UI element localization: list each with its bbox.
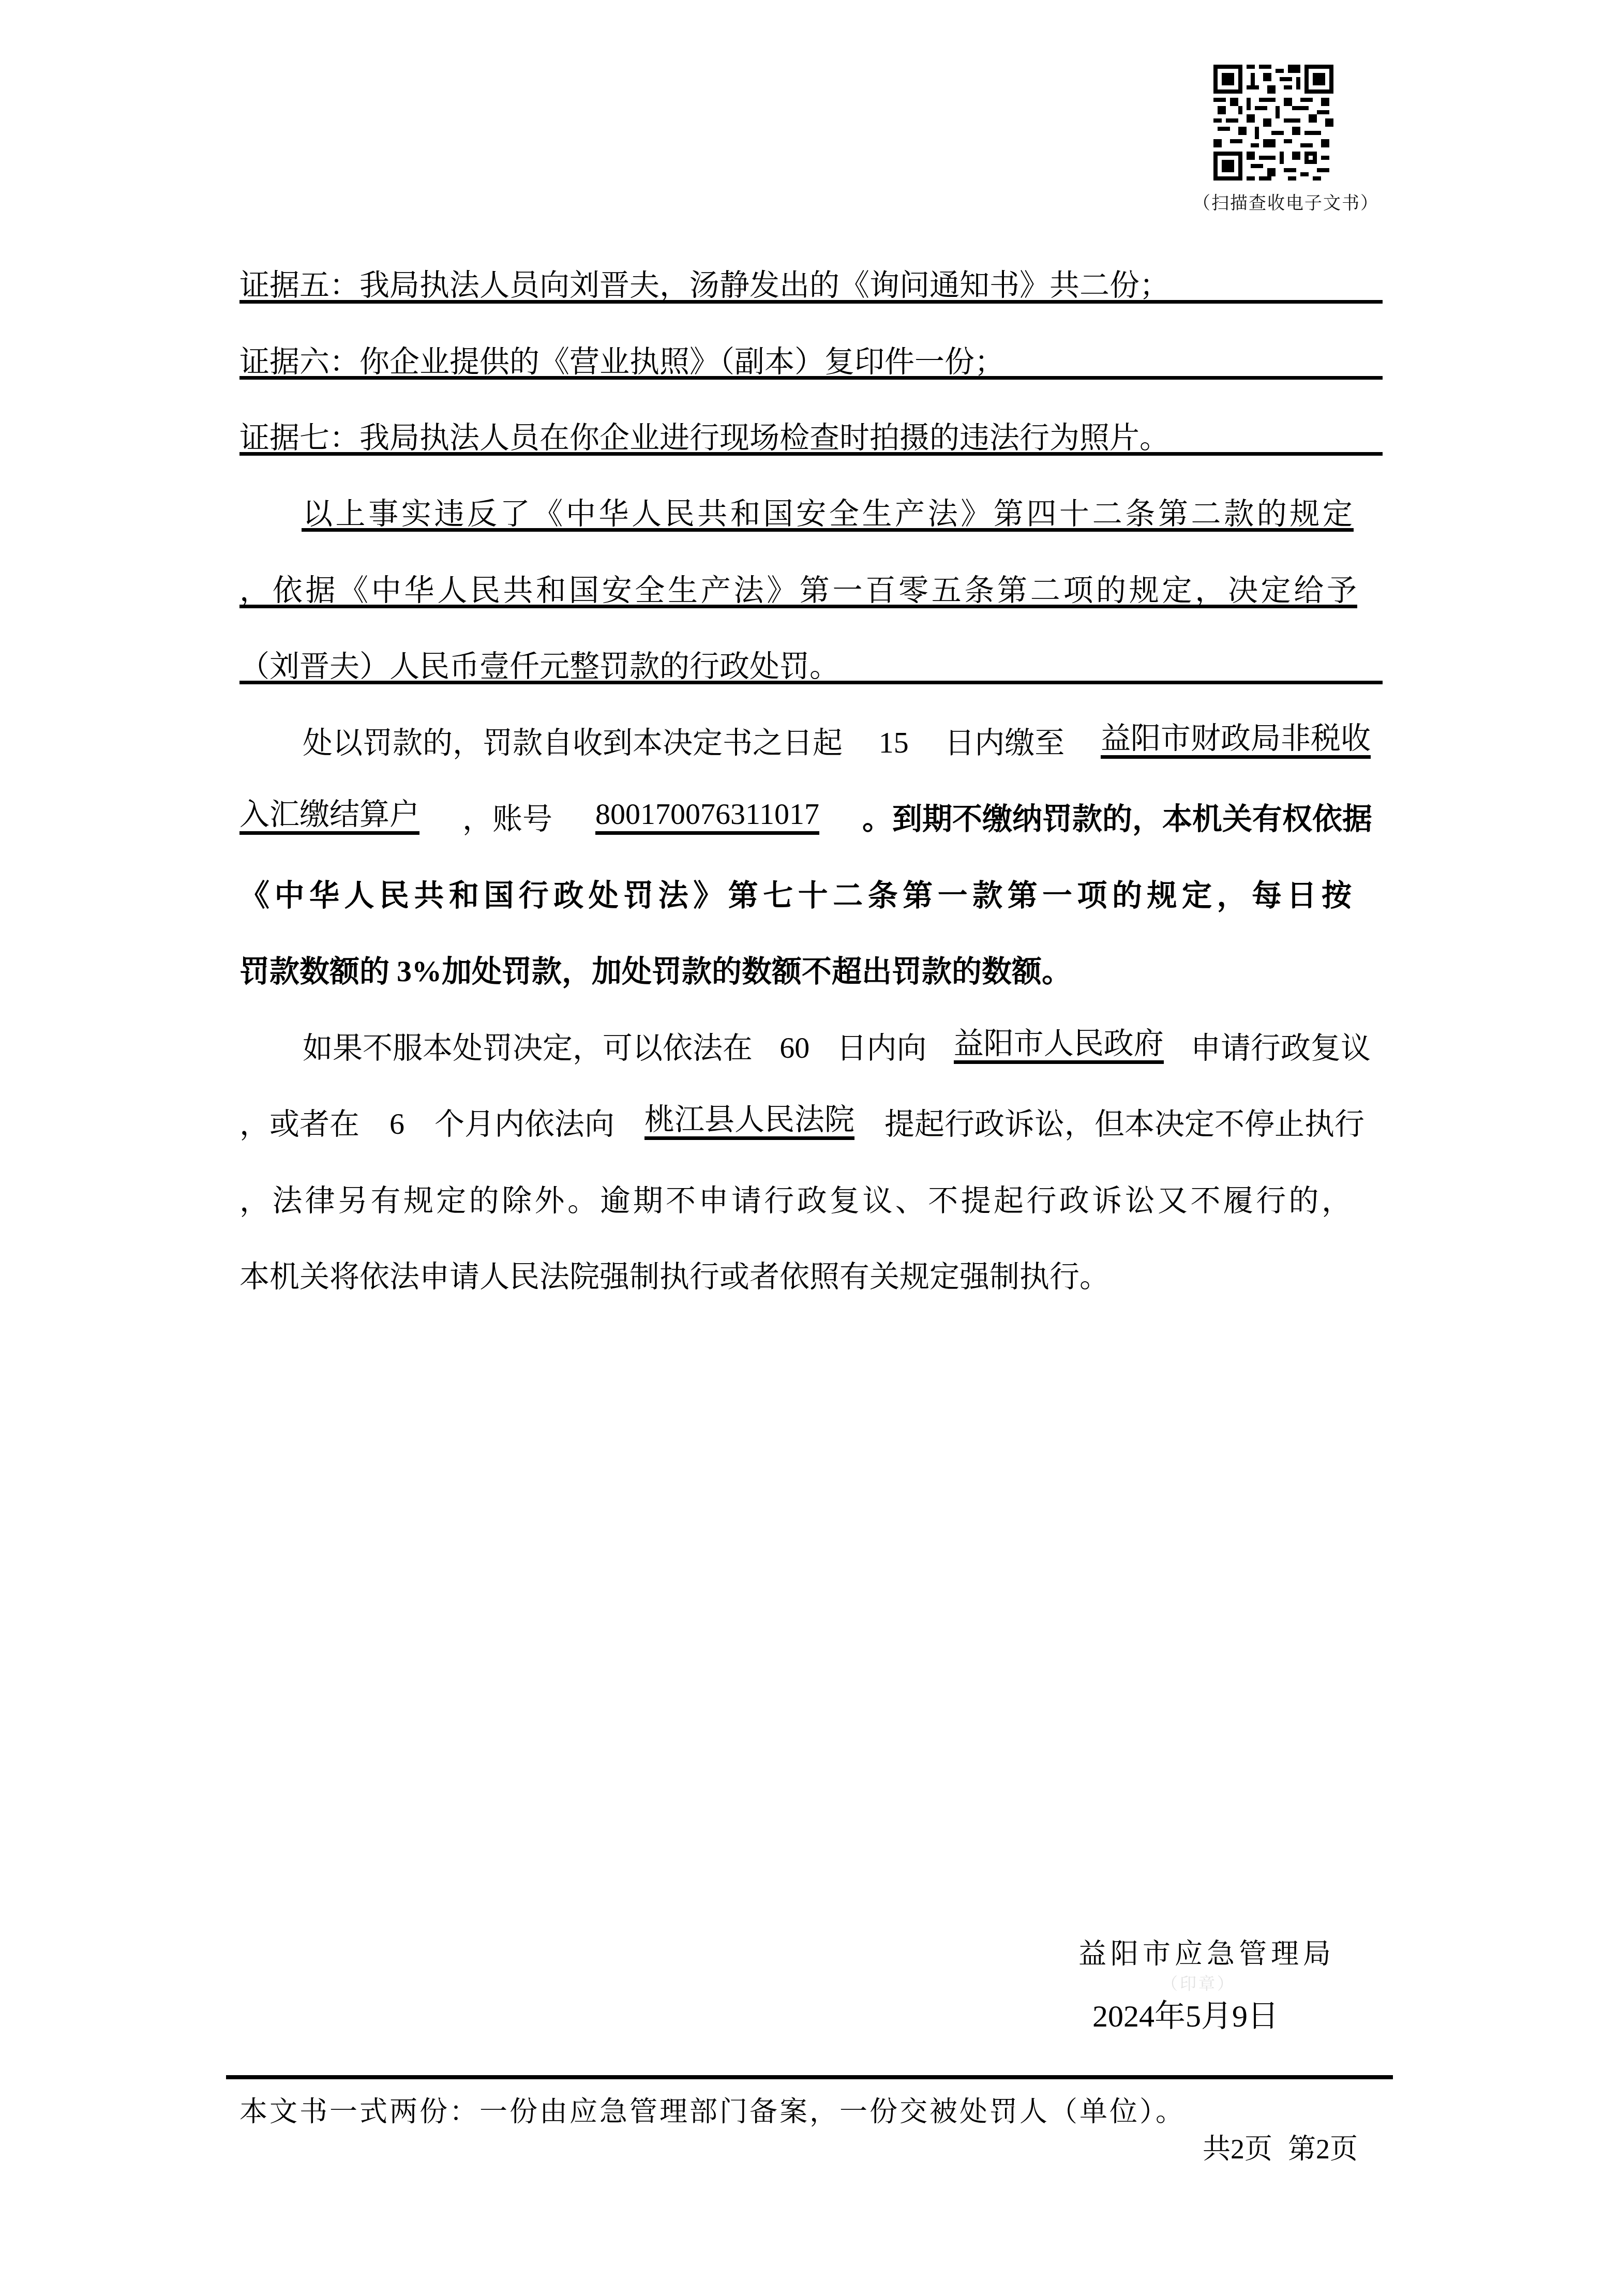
appeal-text: 日内向 [836,1032,926,1064]
violation-line-1: 以上事实违反了《中华人民共和国安全生产法》第四十二条第二款的规定 [303,498,1353,530]
review-body: 益阳市人民政府 [954,1027,1164,1064]
violation-line-2: ，依据《中华人民共和国安全生产法》第一百零五条第二项的规定，决定给予 [239,574,1357,606]
payment-text: 。到期不缴纳罚款的，本机关有权依据 [862,803,1372,835]
violation-text: 以上事实违反了《中华人民共和国安全生产法》第四十二条第二款的规定 [303,498,1356,530]
issuing-organization: 益阳市应急管理局 [1078,1932,1335,1972]
appeal-text: ，或者在 [239,1108,359,1140]
appeal-text: 如果不服本处罚决定，可以依法在 [303,1032,753,1064]
underline [302,528,1354,532]
payment-text: ，账号 [462,803,552,835]
current-page: 第2页 [1288,2134,1358,2165]
appeal-text: 申请行政复议 [1191,1032,1371,1064]
penalty-rate: 3% [397,955,442,987]
appeal-line-3: ，法律另有规定的除外。逾期不申请行政复议、不提起行政诉讼又不履行的， [239,1184,1352,1217]
account-name: 益阳市财政局非税收 [1101,722,1371,759]
payment-line-2: 入汇缴结算户 ，账号 800170076311017 。到期不缴纳罚款的，本机关… [239,803,1372,835]
violation-line-3: （刘晋夫）人民币壹仟元整罚款的行政处罚。 [239,650,839,682]
total-pages: 共2页 [1203,2134,1272,2165]
underline [239,452,1383,456]
underline [239,300,1383,304]
evidence-label: 证据六： [239,346,359,378]
payment-text: 处以罚款的，罚款自收到本决定书之日起 [303,727,843,759]
qr-code-icon[interactable] [1213,65,1334,181]
payment-text: 加处罚款，加处罚款的数额不超出罚款的数额。 [442,955,1072,987]
payment-line-4: 罚款数额的3%加处罚款，加处罚款的数额不超出罚款的数额。 [239,955,1072,987]
appeal-text: 提起行政诉讼，但本决定不停止执行 [884,1108,1364,1140]
appeal-text: 个月内依法向 [434,1108,614,1140]
violation-text: ，依据《中华人民共和国安全生产法》第一百零五条第二项的规定，决定给予 [239,574,1360,606]
underline [239,681,1383,684]
qr-caption: （扫描查收电子文书） [1193,189,1369,214]
evidence-label: 证据七： [239,422,359,454]
payment-text: 日内缴至 [944,727,1064,759]
account-number: 800170076311017 [595,798,819,835]
footer-note: 本文书一式两份：一份由应急管理部门备案，一份交被处罚人（单位）。 [239,2090,1186,2129]
appeal-line-1: 如果不服本处罚决定，可以依法在 60 日内向 益阳市人民政府 申请行政复议 [303,1032,1371,1064]
footer-divider [226,2075,1393,2079]
evidence-text: 你企业提供的《营业执照》（副本）复印件一份； [359,346,1004,378]
review-days: 60 [779,1032,809,1064]
page-indicator: 共2页第2页 [1203,2127,1358,2167]
evidence-text: 我局执法人员向刘晋夫，汤静发出的《询问通知书》共二份； [359,269,1169,301]
appeal-text: 本机关将依法申请人民法院强制执行或者依照有关规定强制执行。 [239,1260,1109,1293]
evidence-label: 证据五： [239,269,359,301]
underline [239,376,1383,380]
account-name: 入汇缴结算户 [239,798,419,835]
evidence-item-7: 证据七：我局执法人员在你企业进行现场检查时拍摄的违法行为照片。 [239,422,1169,454]
payment-text: 罚款数额的 [239,955,389,987]
evidence-text: 我局执法人员在你企业进行现场检查时拍摄的违法行为照片。 [359,422,1169,454]
issue-date: 2024年5月9日 [1092,1991,1279,2036]
appeal-line-2: ，或者在 6 个月内依法向 桃江县人民法院 提起行政诉讼，但本决定不停止执行 [239,1108,1364,1140]
appeal-months: 6 [389,1108,404,1140]
court-name: 桃江县人民法院 [644,1103,854,1140]
payment-days: 15 [879,727,909,759]
evidence-item-5: 证据五：我局执法人员向刘晋夫，汤静发出的《询问通知书》共二份； [239,269,1169,301]
payment-line-1: 处以罚款的，罚款自收到本决定书之日起 15 日内缴至 益阳市财政局非税收 [303,727,1371,759]
payment-text: 《中华人民共和国行政处罚法》第七十二条第一款第一项的规定，每日按 [239,879,1356,911]
underline [239,605,1357,608]
violation-text: （刘晋夫）人民币壹仟元整罚款的行政处罚。 [239,650,839,682]
document-page: （扫描查收电子文书） 证据五：我局执法人员向刘晋夫，汤静发出的《询问通知书》共二… [0,0,1620,2296]
evidence-item-6: 证据六：你企业提供的《营业执照》（副本）复印件一份； [239,346,1004,378]
appeal-text: ，法律另有规定的除外。逾期不申请行政复议、不提起行政诉讼又不履行的， [239,1184,1354,1217]
payment-line-3: 《中华人民共和国行政处罚法》第七十二条第一款第一项的规定，每日按 [239,879,1352,911]
appeal-line-4: 本机关将依法申请人民法院强制执行或者依照有关规定强制执行。 [239,1260,1109,1293]
